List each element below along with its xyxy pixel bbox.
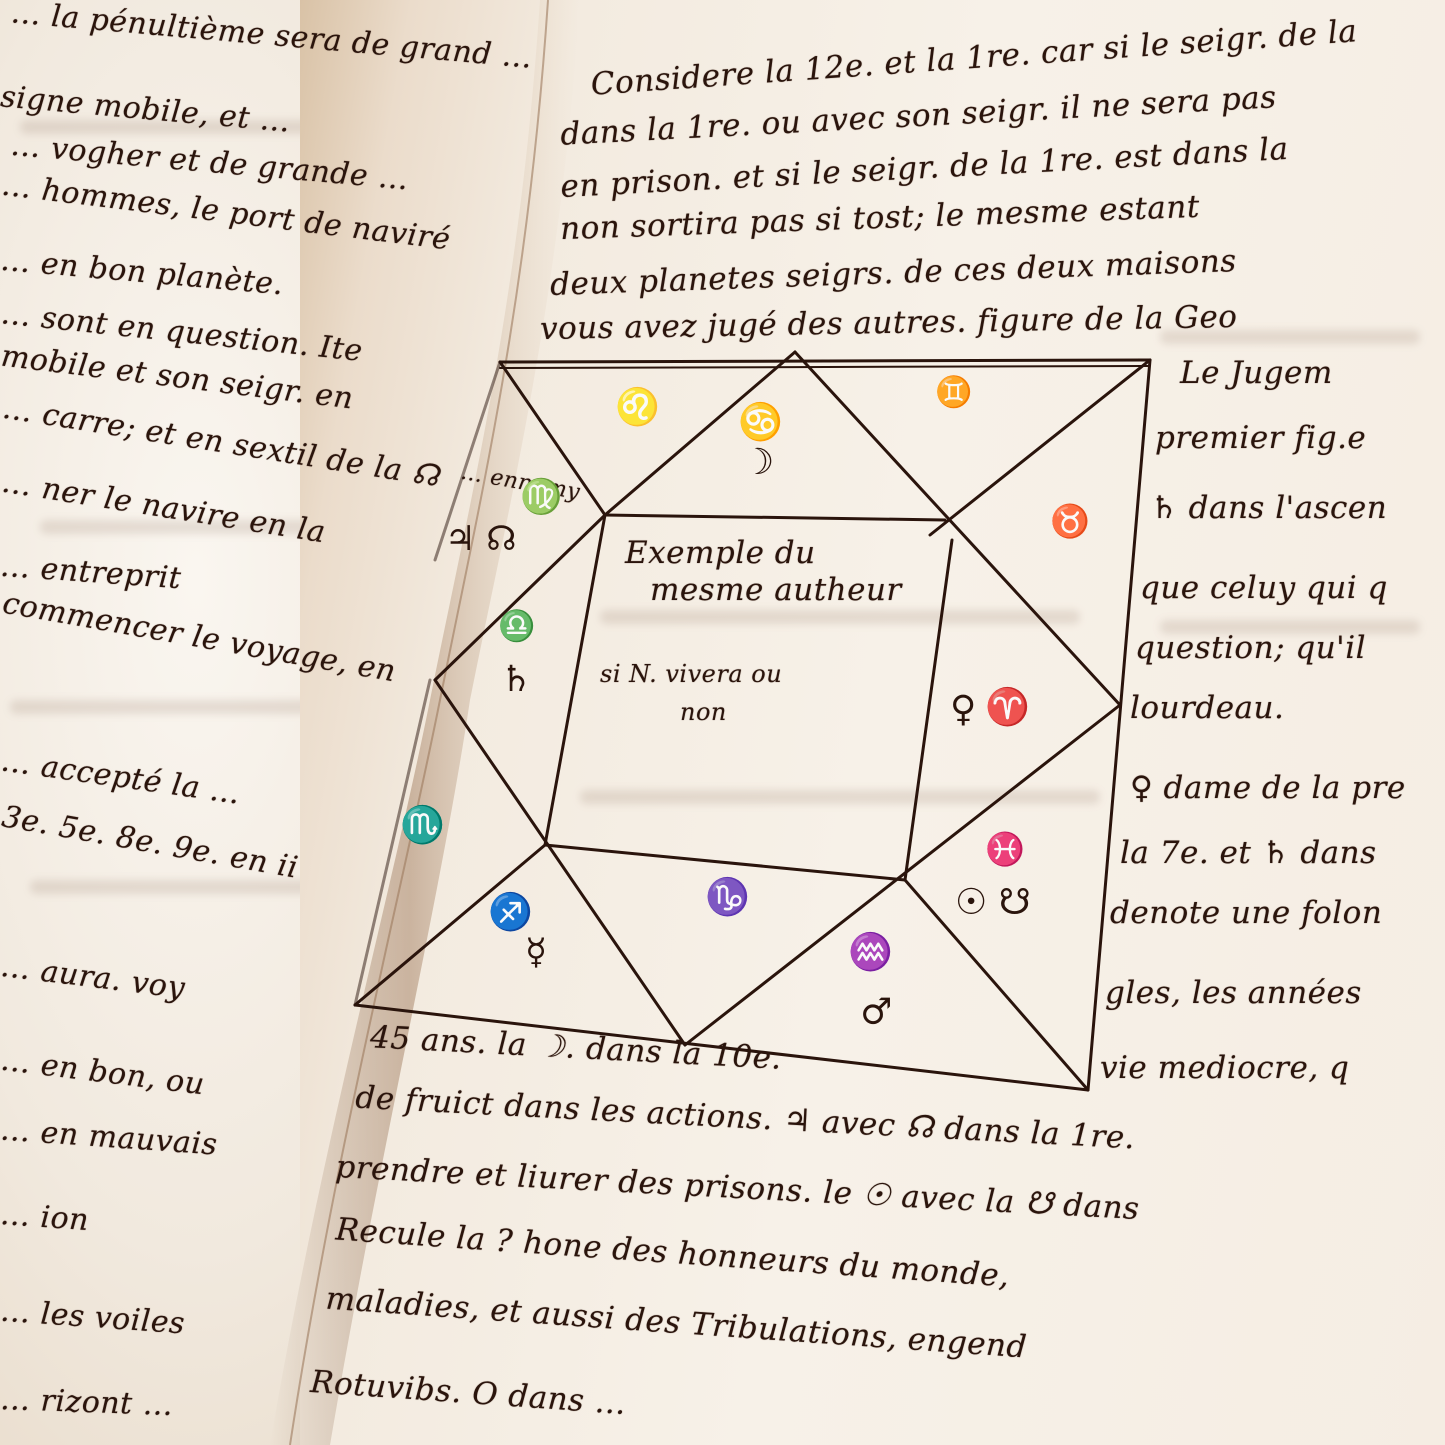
leo-sign-icon: ♌ [615, 390, 660, 426]
taurus-sign-icon: ♉ [1050, 505, 1090, 537]
aquarius-sign-icon: ♒ [848, 935, 893, 971]
jupiter-north-node-icon: ♃ ☊ [445, 522, 517, 556]
moon-planet-icon: ☽ [742, 445, 774, 481]
venus-planet-icon: ♀ [950, 692, 976, 728]
libra-sign-icon: ♎ [498, 612, 535, 642]
sun-and-south-node-icon: ☉ ☋ [955, 885, 1031, 921]
virgo-sign-icon: ♍ [520, 480, 562, 514]
saturn-planet-icon: ♄ [500, 662, 532, 698]
sagittarius-sign-icon: ♐ [488, 895, 533, 931]
aries-sign-icon: ♈ [985, 690, 1030, 726]
chart-title-line: Exemple du [625, 535, 816, 571]
capricorn-sign-icon: ♑ [705, 880, 750, 916]
scorpio-sign-icon: ♏ [400, 808, 445, 844]
gemini-sign-icon: ♊ [935, 378, 972, 408]
cancer-sign-icon: ♋ [738, 405, 783, 441]
chart-title-line: mesme autheur [650, 572, 902, 608]
pisces-sign-icon: ♓ [985, 833, 1025, 865]
chart-question-line: non [680, 698, 727, 726]
chart-question-line: si N. vivera ou [600, 660, 782, 688]
mars-planet-icon: ♂ [860, 995, 892, 1031]
mercury-planet-icon: ☿ [525, 935, 547, 971]
